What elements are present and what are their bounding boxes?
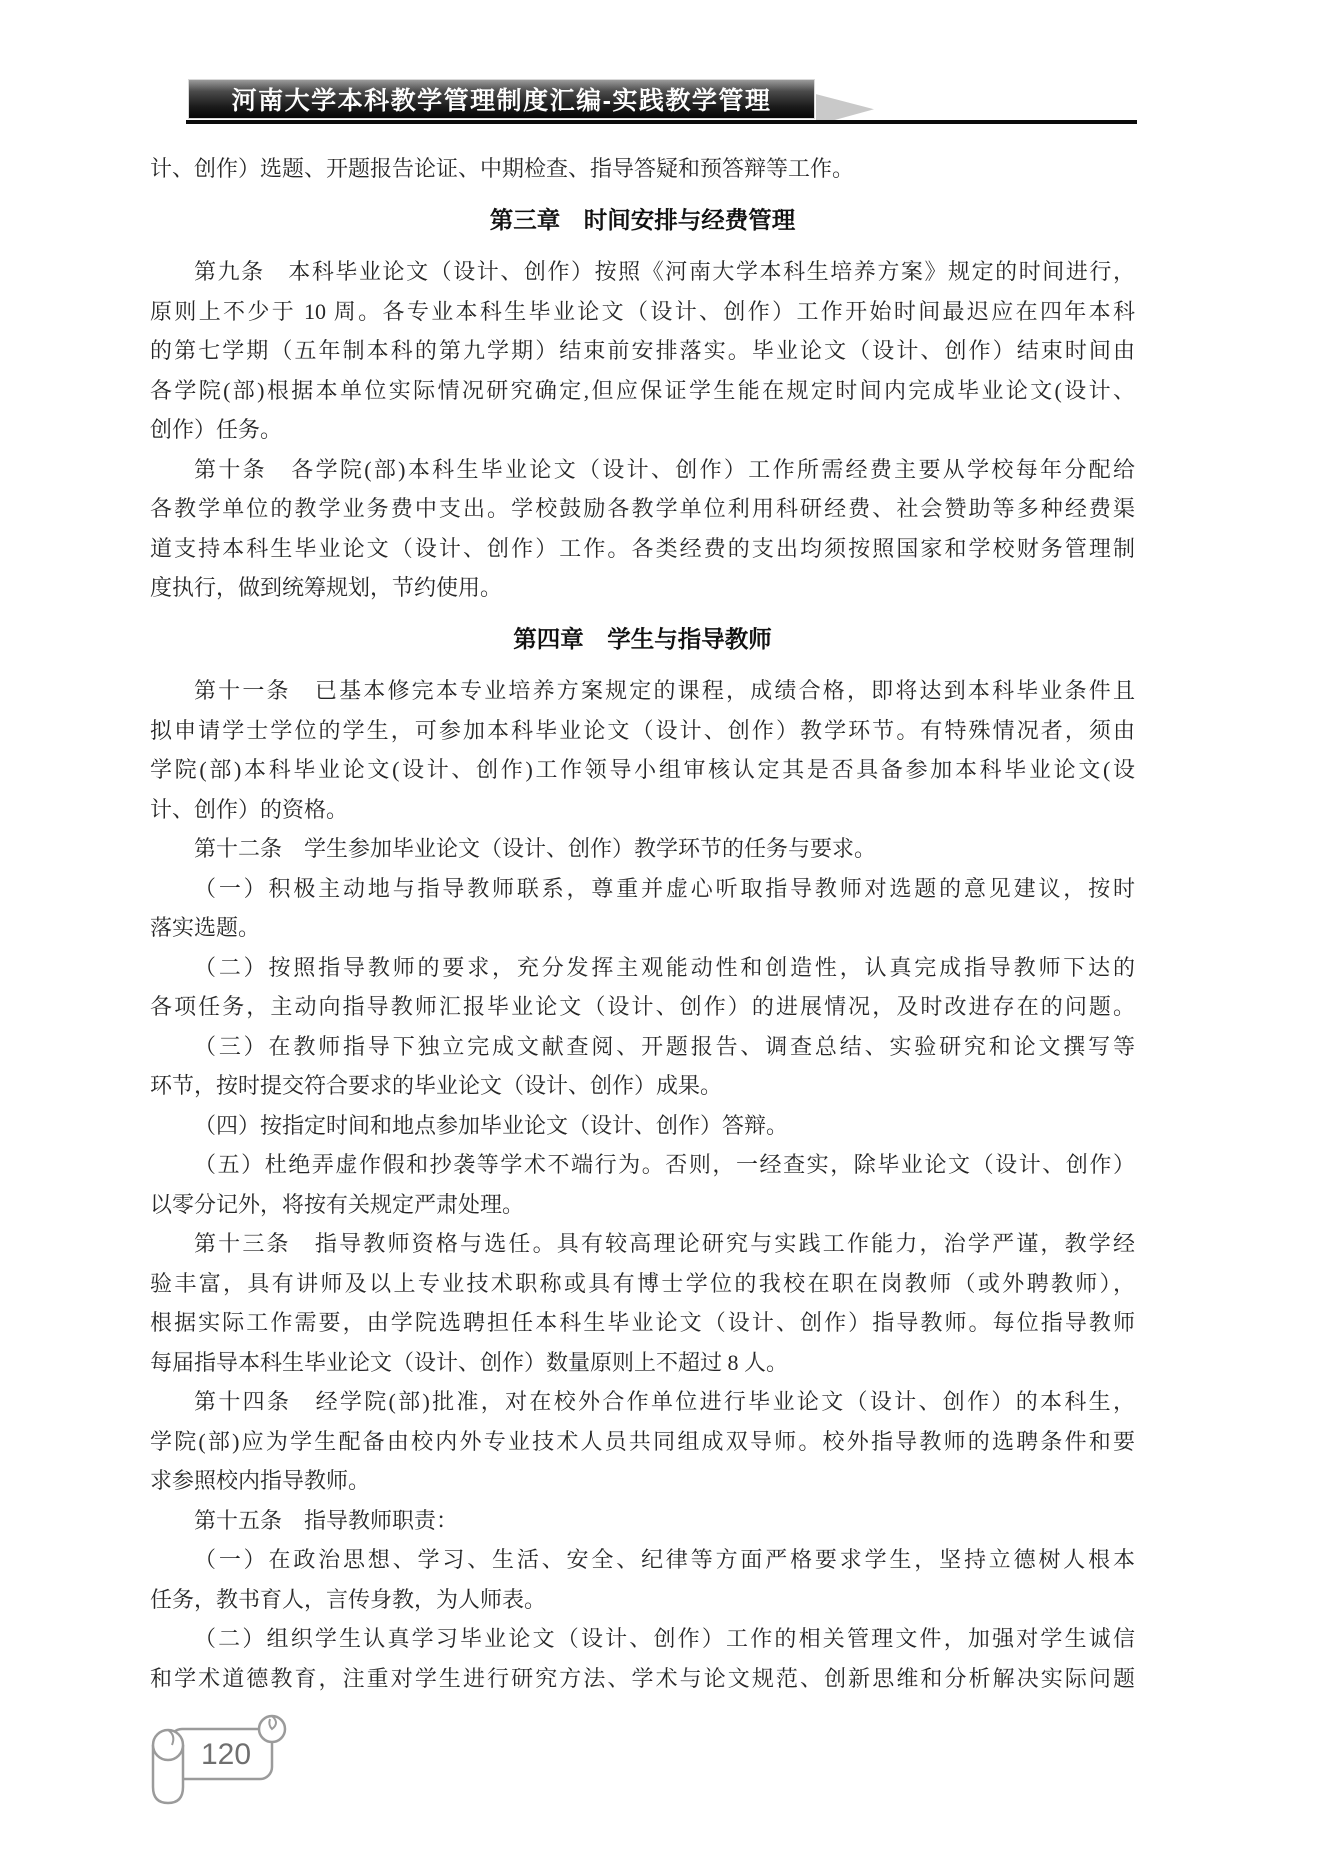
document-line: 第十二条 学生参加毕业论文（设计、创作）教学环节的任务与要求。 [150,829,1135,869]
document-line: 度执行，做到统筹规划，节约使用。 [150,568,1135,608]
document-line: 原则上不少于 10 周。各专业本科生毕业论文（设计、创作）工作开始时间最迟应在四… [150,292,1135,332]
document-line: 每届指导本科生毕业论文（设计、创作）数量原则上不超过 8 人。 [150,1343,1135,1383]
chapter-heading: 第三章 时间安排与经费管理 [150,201,1135,241]
document-line: 求参照校内指导教师。 [150,1461,1135,1501]
document-line: 学院(部)应为学生配备由校内外专业技术人员共同组成双导师。校外指导教师的选聘条件… [150,1422,1135,1462]
document-line: 第十一条 已基本修完本专业培养方案规定的课程，成绩合格，即将达到本科毕业条件且 [150,671,1135,711]
document-line: 道支持本科生毕业论文（设计、创作）工作。各类经费的支出均须按照国家和学校财务管理… [150,529,1135,569]
document-line: （三）在教师指导下独立完成文献查阅、开题报告、调查总结、实验研究和论文撰写等 [150,1027,1135,1067]
document-line: （二）组织学生认真学习毕业论文（设计、创作）工作的相关管理文件，加强对学生诚信 [150,1619,1135,1659]
header-bar: 河南大学本科教学管理制度汇编-实践教学管理 [188,79,815,119]
document-line: 计、创作）的资格。 [150,790,1135,830]
document-line: 第十四条 经学院(部)批准，对在校外合作单位进行毕业论文（设计、创作）的本科生， [150,1382,1135,1422]
document-line: 和学术道德教育，注重对学生进行研究方法、学术与论文规范、创新思维和分析解决实际问… [150,1659,1135,1699]
document-line: 落实选题。 [150,908,1135,948]
document-line: 拟申请学士学位的学生，可参加本科毕业论文（设计、创作）教学环节。有特殊情况者，须… [150,711,1135,751]
document-line: （二）按照指导教师的要求，充分发挥主观能动性和创造性，认真完成指导教师下达的 [150,948,1135,988]
page-number-scroll: 120 [150,1712,290,1806]
document-body: 计、创作）选题、开题报告论证、中期检查、指导答疑和预答辩等工作。第三章 时间安排… [150,149,1135,1698]
document-line: 环节，按时提交符合要求的毕业论文（设计、创作）成果。 [150,1066,1135,1106]
document-line: 创作）任务。 [150,410,1135,450]
header-rule [186,120,1137,124]
document-line: （一）积极主动地与指导教师联系，尊重并虚心听取指导教师对选题的意见建议，按时 [150,869,1135,909]
document-line: 的第七学期（五年制本科的第九学期）结束前安排落实。毕业论文（设计、创作）结束时间… [150,331,1135,371]
header-title: 河南大学本科教学管理制度汇编-实践教学管理 [232,81,772,117]
document-line: 任务，教书育人，言传身教，为人师表。 [150,1580,1135,1620]
chapter-heading: 第四章 学生与指导教师 [150,620,1135,660]
document-line: 计、创作）选题、开题报告论证、中期检查、指导答疑和预答辩等工作。 [150,149,1135,189]
document-line: 第十三条 指导教师资格与选任。具有较高理论研究与实践工作能力，治学严谨，教学经 [150,1224,1135,1264]
document-line: （一）在政治思想、学习、生活、安全、纪律等方面严格要求学生，坚持立德树人根本 [150,1540,1135,1580]
document-line: 各项任务，主动向指导教师汇报毕业论文（设计、创作）的进展情况，及时改进存在的问题… [150,987,1135,1027]
page-number: 120 [201,1738,251,1771]
document-line: （四）按指定时间和地点参加毕业论文（设计、创作）答辩。 [150,1106,1135,1146]
document-line: 第十条 各学院(部)本科生毕业论文（设计、创作）工作所需经费主要从学校每年分配给 [150,450,1135,490]
document-line: 各学院(部)根据本单位实际情况研究确定,但应保证学生能在规定时间内完成毕业论文(… [150,371,1135,411]
document-line: 第十五条 指导教师职责： [150,1501,1135,1541]
document-line: 根据实际工作需要，由学院选聘担任本科生毕业论文（设计、创作）指导教师。每位指导教… [150,1303,1135,1343]
document-line: 第九条 本科毕业论文（设计、创作）按照《河南大学本科生培养方案》规定的时间进行， [150,252,1135,292]
document-line: 验丰富，具有讲师及以上专业技术职称或具有博士学位的我校在职在岗教师（或外聘教师）… [150,1264,1135,1304]
document-line: 各教学单位的教学业务费中支出。学校鼓励各教学单位利用科研经费、社会赞助等多种经费… [150,489,1135,529]
document-line: 以零分记外，将按有关规定严肃处理。 [150,1185,1135,1225]
right-pennant-arrow-icon [816,93,874,121]
document-page: 河南大学本科教学管理制度汇编-实践教学管理 计、创作）选题、开题报告论证、中期检… [0,0,1323,1871]
scroll-icon: 120 [150,1712,290,1806]
document-line: （五）杜绝弄虚作假和抄袭等学术不端行为。否则，一经查实，除毕业论文（设计、创作） [150,1145,1135,1185]
document-line: 学院(部)本科毕业论文(设计、创作)工作领导小组审核认定其是否具备参加本科毕业论… [150,750,1135,790]
